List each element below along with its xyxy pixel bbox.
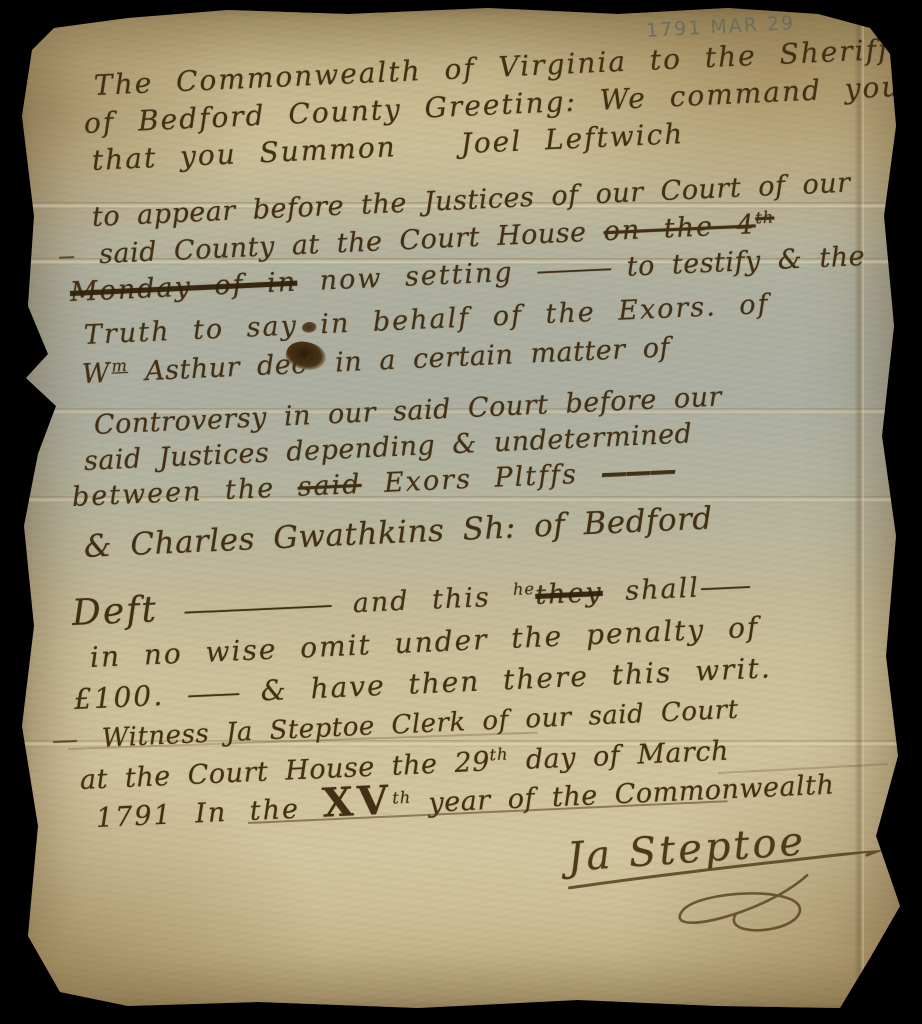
manuscript-segment: 1791 In the	[95, 793, 323, 834]
manuscript-segment: £100.	[73, 678, 187, 716]
manuscript-line: & Charles Gwathkins Sh: of Bedford	[83, 503, 713, 563]
manuscript-segment: —	[51, 725, 80, 756]
manuscript-segment: Deft	[71, 588, 184, 634]
signature-block: Ja Steptoe	[566, 815, 900, 967]
manuscript-segment: th	[392, 788, 412, 808]
manuscript-segment: on the 4	[603, 209, 756, 247]
manuscript-segment: ——————	[183, 589, 331, 627]
manuscript-segment: th	[489, 745, 509, 765]
manuscript-segment: ———	[600, 455, 675, 489]
scan-background: 1791 MAR 29 The Commonwealth of Virginia…	[0, 0, 922, 1024]
manuscript-segment: Monday of in	[69, 267, 298, 308]
manuscript-segment: th	[755, 207, 775, 227]
manuscript-segment: between the	[71, 472, 298, 513]
manuscript-segment: ———	[536, 253, 611, 287]
manuscript-segment: ——	[186, 676, 238, 711]
manuscript-segment: ‒	[57, 240, 78, 272]
manuscript-segment: Joel Leftwich	[460, 117, 685, 160]
manuscript-segment: XV	[321, 777, 393, 827]
manuscript-segment: m	[111, 356, 128, 376]
manuscript-segment: Exors Pltffs	[361, 458, 601, 500]
manuscript-segment: they	[535, 577, 604, 611]
manuscript-segment: said	[297, 469, 362, 503]
paper: 1791 MAR 29 The Commonwealth of Virginia…	[18, 6, 906, 1012]
manuscript-segment: he	[513, 579, 536, 599]
manuscript-segment: Asthur dec	[127, 349, 307, 388]
manuscript-segment: and this	[330, 581, 514, 620]
manuscript-segment: ——	[699, 570, 749, 603]
manuscript-segment: & Charles Gwathkins Sh: of Bedford	[83, 500, 713, 565]
manuscript-segment: to testify & the	[609, 241, 866, 284]
manuscript-segment: in a certain matter of	[318, 332, 671, 379]
manuscript-segment: shall	[602, 573, 701, 608]
manuscript-segment: W	[81, 358, 112, 390]
